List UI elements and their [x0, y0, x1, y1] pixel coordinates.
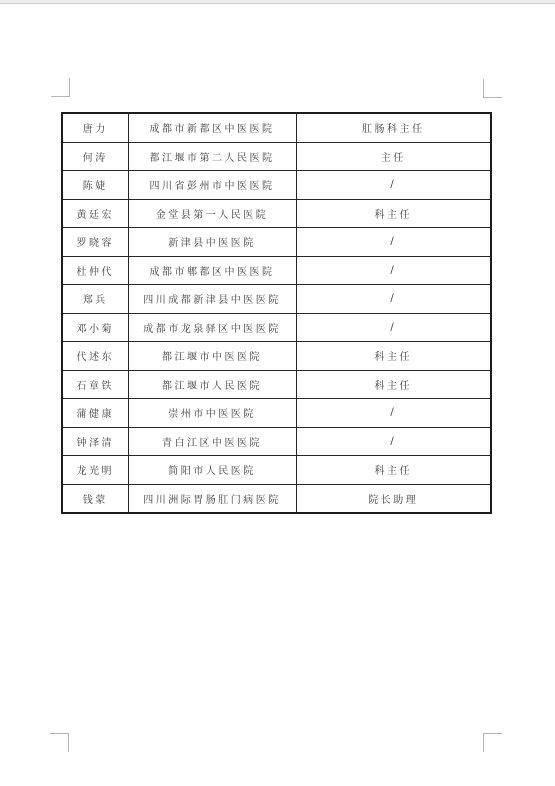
table-body: 唐力成都市新都区中医医院肛肠科主任何涛都江堰市第二人民医院主任陈婕四川省彭州市中…: [62, 113, 491, 513]
cell-hospital: 青白江区中医医院: [128, 427, 296, 456]
cell-hospital: 四川省彭州市中医医院: [128, 171, 296, 200]
cell-name: 代述东: [62, 342, 128, 371]
cell-title: /: [296, 256, 491, 285]
cell-title: 科主任: [296, 342, 491, 371]
cell-hospital: 崇州市中医医院: [128, 399, 296, 428]
cell-title: /: [296, 399, 491, 428]
table-row: 钟泽清青白江区中医医院/: [62, 427, 491, 456]
page-top-edge: [0, 0, 555, 4]
cell-hospital: 四川洲际胃肠肛门病医院: [128, 484, 296, 513]
table-row: 罗晓容新津县中医医院/: [62, 228, 491, 257]
cell-name: 黄廷宏: [62, 199, 128, 228]
cell-hospital: 都江堰市中医医院: [128, 342, 296, 371]
cell-hospital: 成都市郫都区中医医院: [128, 256, 296, 285]
margin-crop-mark-bottom-right: [483, 733, 502, 752]
table-row: 蒲健康崇州市中医医院/: [62, 399, 491, 428]
cell-name: 邓小菊: [62, 313, 128, 342]
table-row: 黄廷宏金堂县第一人民医院科主任: [62, 199, 491, 228]
margin-crop-mark-bottom-left: [50, 733, 69, 752]
cell-name: 杜仲代: [62, 256, 128, 285]
table-row: 龙光明简阳市人民医院科主任: [62, 456, 491, 485]
cell-name: 蒲健康: [62, 399, 128, 428]
cell-title: /: [296, 171, 491, 200]
cell-hospital: 成都市新都区中医医院: [128, 113, 296, 142]
table-row: 邓小菊成都市龙泉驿区中医医院/: [62, 313, 491, 342]
cell-name: 罗晓容: [62, 228, 128, 257]
cell-name: 唐力: [62, 113, 128, 142]
margin-crop-mark-top-left: [51, 78, 70, 97]
table-row: 陈婕四川省彭州市中医医院/: [62, 171, 491, 200]
cell-hospital: 成都市龙泉驿区中医医院: [128, 313, 296, 342]
cell-title: 科主任: [296, 456, 491, 485]
cell-hospital: 都江堰市人民医院: [128, 370, 296, 399]
cell-title: 科主任: [296, 370, 491, 399]
table-row: 杜仲代成都市郫都区中医医院/: [62, 256, 491, 285]
cell-title: /: [296, 228, 491, 257]
cell-name: 陈婕: [62, 171, 128, 200]
cell-name: 郑兵: [62, 285, 128, 314]
table-row: 何涛都江堰市第二人民医院主任: [62, 142, 491, 171]
cell-name: 钱蒙: [62, 484, 128, 513]
cell-title: /: [296, 285, 491, 314]
cell-hospital: 四川成都新津县中医医院: [128, 285, 296, 314]
cell-name: 石章铁: [62, 370, 128, 399]
table-row: 唐力成都市新都区中医医院肛肠科主任: [62, 113, 491, 142]
cell-title: 科主任: [296, 199, 491, 228]
cell-name: 何涛: [62, 142, 128, 171]
cell-hospital: 都江堰市第二人民医院: [128, 142, 296, 171]
cell-title: 院长助理: [296, 484, 491, 513]
cell-hospital: 金堂县第一人民医院: [128, 199, 296, 228]
cell-title: /: [296, 427, 491, 456]
cell-name: 钟泽清: [62, 427, 128, 456]
table-row: 石章铁都江堰市人民医院科主任: [62, 370, 491, 399]
table-row: 郑兵四川成都新津县中医医院/: [62, 285, 491, 314]
cell-hospital: 简阳市人民医院: [128, 456, 296, 485]
cell-title: /: [296, 313, 491, 342]
table-row: 钱蒙四川洲际胃肠肛门病医院院长助理: [62, 484, 491, 513]
cell-name: 龙光明: [62, 456, 128, 485]
table-row: 代述东都江堰市中医医院科主任: [62, 342, 491, 371]
personnel-roster-table: 唐力成都市新都区中医医院肛肠科主任何涛都江堰市第二人民医院主任陈婕四川省彭州市中…: [61, 112, 492, 514]
document-page: 唐力成都市新都区中医医院肛肠科主任何涛都江堰市第二人民医院主任陈婕四川省彭州市中…: [0, 0, 555, 786]
margin-crop-mark-top-right: [483, 79, 502, 98]
cell-title: 肛肠科主任: [296, 113, 491, 142]
cell-hospital: 新津县中医医院: [128, 228, 296, 257]
cell-title: 主任: [296, 142, 491, 171]
